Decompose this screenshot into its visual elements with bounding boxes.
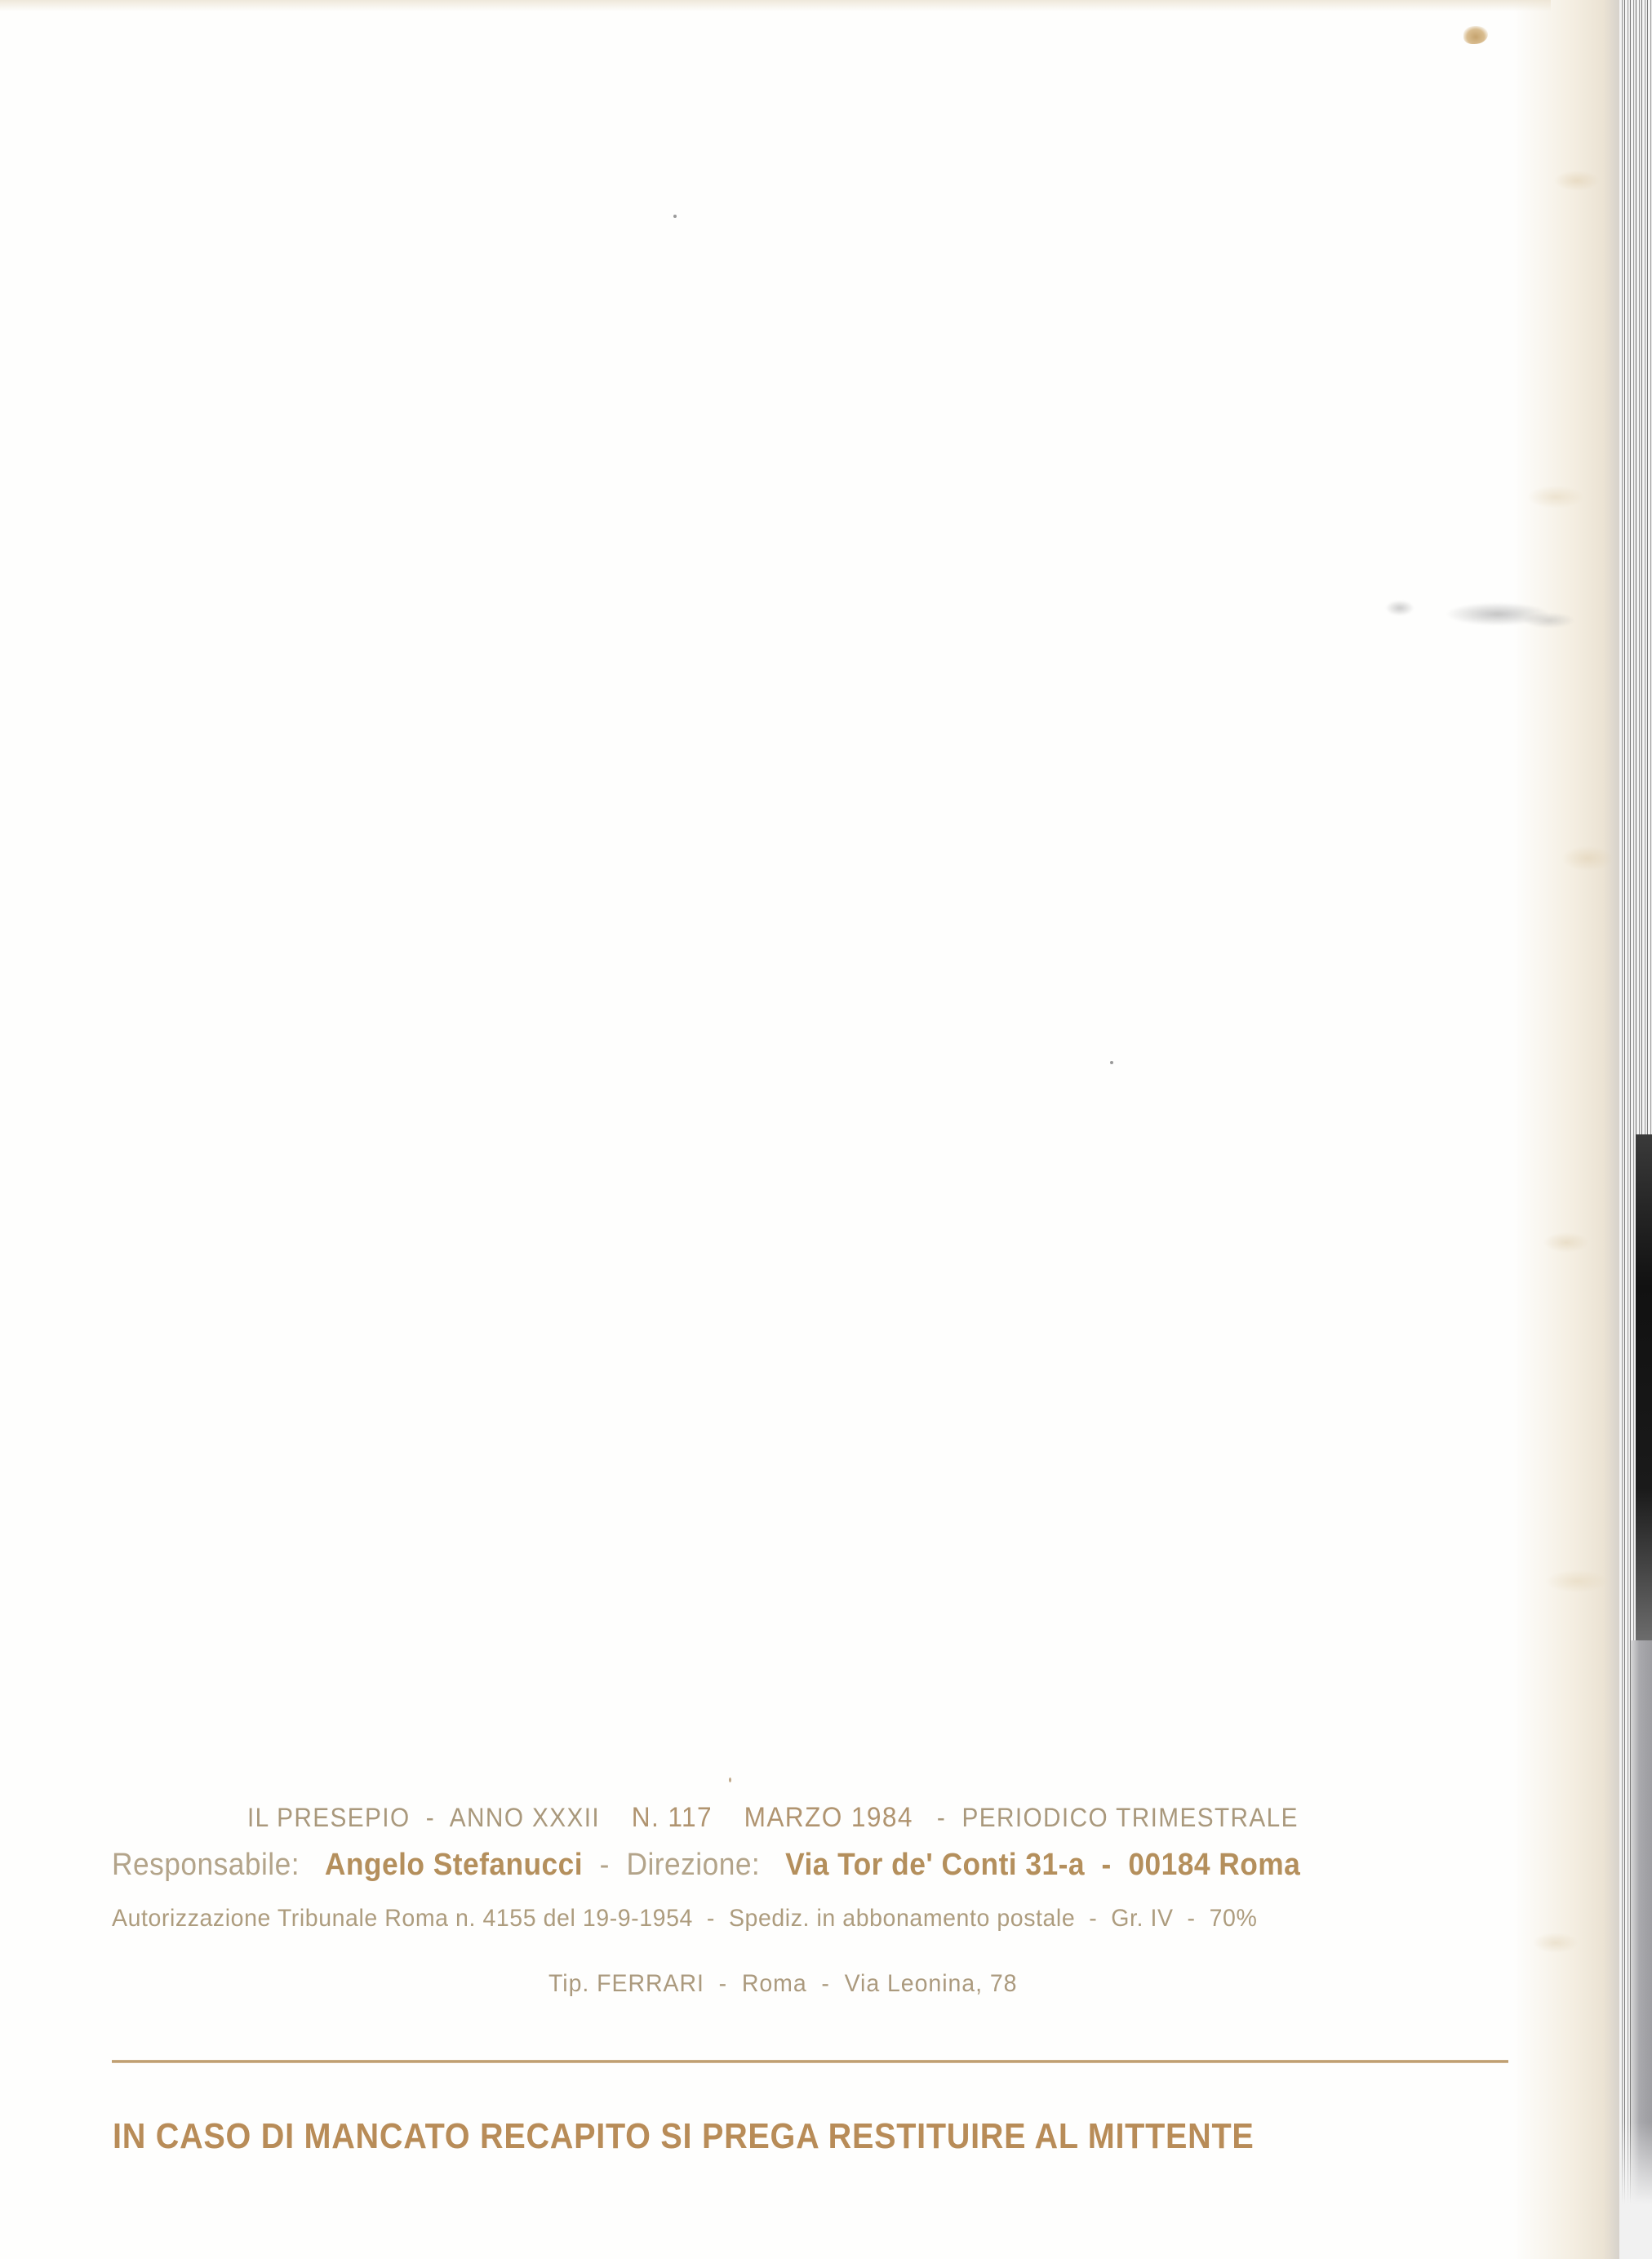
separator: - <box>1089 1905 1097 1932</box>
separator: - <box>426 1803 435 1832</box>
responsible-name: Angelo Stefanucci <box>325 1848 583 1882</box>
publication-name: IL PRESEPIO <box>247 1803 410 1832</box>
dust-speck <box>673 215 677 218</box>
separator: - <box>1102 1848 1112 1882</box>
right-edge-foxing <box>1513 0 1619 2259</box>
page-stack-shadow <box>1636 1134 1652 1640</box>
authorization-line: Autorizzazione Tribunale Roma n. 4155 de… <box>112 1905 1257 1933</box>
shipping-text: Spediz. in abbonamento postale <box>729 1905 1075 1932</box>
authorization-text: Autorizzazione Tribunale Roma n. 4155 de… <box>112 1905 693 1932</box>
smudge-mark <box>1375 592 1579 632</box>
printer-street: Via Leonina, 78 <box>845 1970 1018 1997</box>
responsible-line: Responsabile: Angelo Stefanucci - Direzi… <box>112 1848 1300 1883</box>
return-to-sender-notice: IN CASO DI MANCATO RECAPITO SI PREGA RES… <box>113 2116 1255 2157</box>
separator: - <box>937 1803 946 1832</box>
separator: - <box>600 1848 610 1882</box>
separator: - <box>707 1905 715 1932</box>
postal-discount: 70% <box>1210 1905 1258 1932</box>
separator: - <box>821 1970 829 1997</box>
direction-label: Direzione: <box>626 1848 760 1882</box>
issue-number: N. 117 <box>632 1802 713 1833</box>
direction-address: Via Tor de' Conti 31-a <box>785 1848 1085 1882</box>
stain-mark <box>1463 26 1488 44</box>
printer-name: Tip. FERRARI <box>548 1970 704 1997</box>
dust-speck <box>729 1777 731 1782</box>
back-cover-page: IL PRESEPIO - ANNO XXXII N. 117 MARZO 19… <box>0 0 1652 2259</box>
printer-city: Roma <box>742 1970 807 1997</box>
postal-group: Gr. IV <box>1111 1905 1173 1932</box>
separator: - <box>719 1970 727 1997</box>
issue-date: MARZO 1984 <box>744 1802 913 1833</box>
year-volume: ANNO XXXII <box>450 1803 600 1832</box>
masthead-line: IL PRESEPIO - ANNO XXXII N. 117 MARZO 19… <box>247 1802 1299 1834</box>
responsible-label: Responsabile: <box>112 1848 300 1882</box>
divider-rule <box>112 2060 1508 2063</box>
printer-line: Tip. FERRARI - Roma - Via Leonina, 78 <box>548 1970 1017 1998</box>
postal-city: 00184 Roma <box>1128 1848 1300 1882</box>
separator: - <box>1188 1905 1196 1932</box>
page-stack-fade <box>1619 2122 1652 2259</box>
dust-speck <box>1110 1061 1113 1064</box>
top-edge-foxing <box>0 0 1551 11</box>
frequency: PERIODICO TRIMESTRALE <box>961 1803 1298 1832</box>
